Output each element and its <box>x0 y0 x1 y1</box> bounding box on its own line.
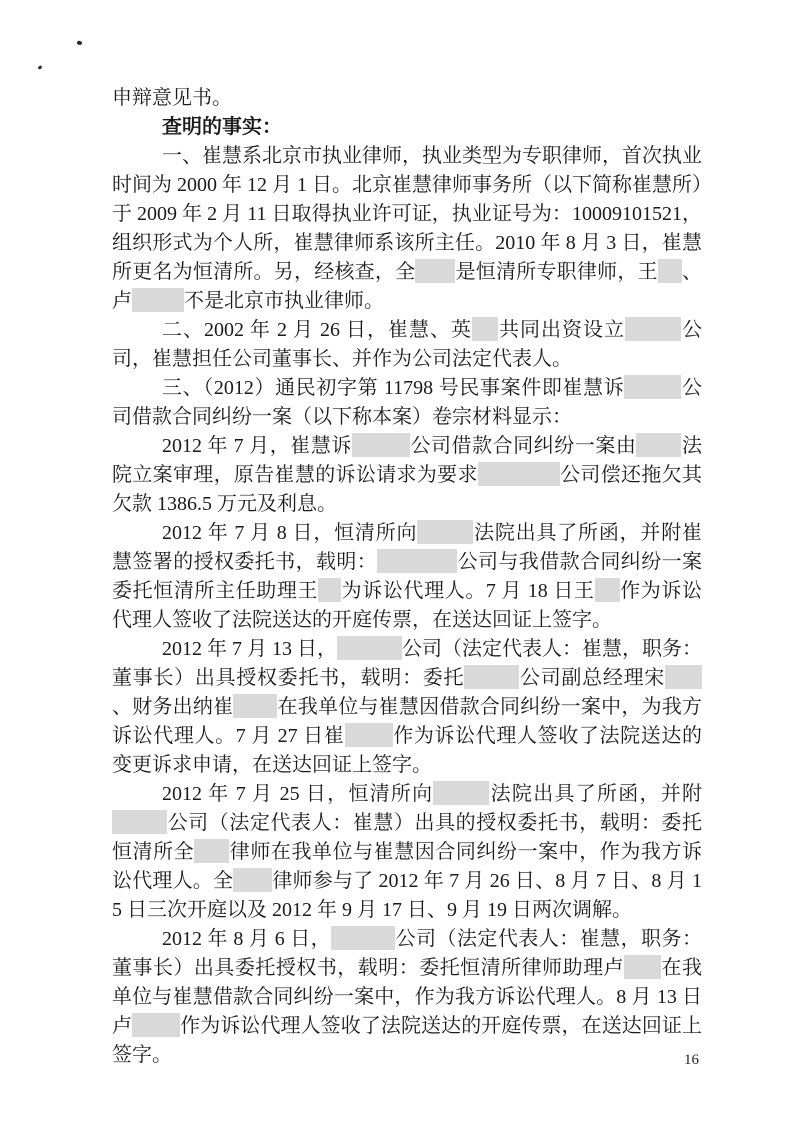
text-run: 不是北京市执业律师。 <box>184 290 384 312</box>
text-run: 2012 年 7 月，崔慧诉 <box>162 435 352 457</box>
redaction-box <box>233 694 277 718</box>
text-run: 2012 年 7 月 13 日， <box>162 638 337 660</box>
scanned-document-page: 申辩意见书。查明的事实：一、崔慧系北京市执业律师，执业类型为专职律师，首次执业时… <box>0 0 800 1135</box>
text-run: 公司副总经理宋 <box>519 667 665 689</box>
paragraph: 查明的事实： <box>112 113 702 142</box>
text-run: 查明的事实： <box>162 116 282 138</box>
scan-speck <box>38 65 43 70</box>
paragraph: 2012 年 7 月 25 日，恒清所向法院出具了所函，并附公司（法定代表人：崔… <box>112 780 702 925</box>
paragraph: 2012 年 7 月 8 日，恒清所向法院出具了所函，并附崔慧签署的授权委托书，… <box>112 519 702 635</box>
paragraph: 一、崔慧系北京市执业律师，执业类型为专职律师，首次执业时间为 2000 年 12… <box>112 142 702 316</box>
redaction-box <box>352 433 410 457</box>
redaction-box <box>624 375 681 399</box>
redaction-box <box>132 288 184 312</box>
text-run: 共同出资设立 <box>498 319 625 341</box>
redaction-box <box>433 781 489 805</box>
redaction-box <box>112 810 167 834</box>
text-run: 法院出具了所函，并附 <box>489 783 702 805</box>
redaction-box <box>331 926 395 950</box>
paragraph: 2012 年 8 月 6 日，公司（法定代表人：崔慧，职务：董事长）出具委托授权… <box>112 925 702 1070</box>
text-run: 申辩意见书。 <box>112 87 232 109</box>
text-run: 为诉讼代理人。7 月 18 日王 <box>341 580 595 602</box>
redaction-box <box>132 1013 180 1037</box>
text-run: 2012 年 7 月 8 日，恒清所向 <box>162 522 417 544</box>
redaction-box <box>415 259 455 283</box>
redaction-box <box>595 578 620 602</box>
redaction-box <box>625 317 681 341</box>
page-number: 16 <box>684 1052 699 1069</box>
text-run: 2012 年 7 月 25 日，恒清所向 <box>162 783 433 805</box>
paragraph: 二、2002 年 2 月 26 日，崔慧、英共同出资设立公司，崔慧担任公司董事长… <box>112 316 702 374</box>
redaction-box <box>464 665 519 689</box>
redaction-box <box>478 462 560 486</box>
paragraph: 申辩意见书。 <box>112 84 702 113</box>
text-run: 三、（2012）通民初字第 11798 号民事案件即崔慧诉 <box>162 377 624 399</box>
document-body: 申辩意见书。查明的事实：一、崔慧系北京市执业律师，执业类型为专职律师，首次执业时… <box>112 84 702 1070</box>
redaction-box <box>337 636 402 660</box>
redaction-box <box>417 520 473 544</box>
paragraph: 2012 年 7 月，崔慧诉公司借款合同纠纷一案由法院立案审理，原告崔慧的诉讼请… <box>112 432 702 519</box>
text-run: 作为诉讼代理人签收了法院送达的开庭传票，在送达回证上签字。 <box>112 1015 702 1066</box>
paragraph: 三、（2012）通民初字第 11798 号民事案件即崔慧诉公司借款合同纠纷一案（… <box>112 374 702 432</box>
redaction-box <box>624 955 661 979</box>
text-run: 二、2002 年 2 月 26 日，崔慧、英 <box>162 319 472 341</box>
redaction-box <box>318 578 341 602</box>
text-run: 2012 年 8 月 6 日， <box>162 928 331 950</box>
redaction-box <box>472 317 498 341</box>
redaction-box <box>665 665 702 689</box>
paragraph: 2012 年 7 月 13 日，公司（法定代表人：崔慧，职务：董事长）出具授权委… <box>112 635 702 780</box>
text-run: 是恒清所专职律师，王 <box>455 261 657 283</box>
text-run: 、财务出纳崔 <box>112 696 233 718</box>
redaction-box <box>233 868 272 892</box>
text-run: 公司借款合同纠纷一案由 <box>410 435 637 457</box>
redaction-box <box>658 259 682 283</box>
scan-speck <box>76 40 82 45</box>
redaction-box <box>636 433 681 457</box>
redaction-box <box>377 549 457 573</box>
redaction-box <box>194 839 229 863</box>
redaction-box <box>345 723 393 747</box>
